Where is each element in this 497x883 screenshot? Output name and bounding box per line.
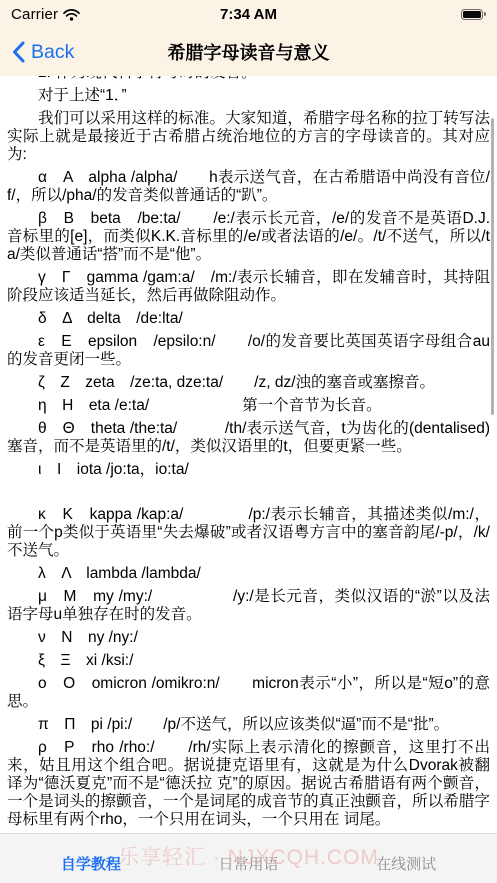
tab-daily-phrases[interactable]: 日常用语 (170, 834, 328, 883)
paragraph: δ Δ delta /de:lta/ (7, 310, 490, 328)
paragraph: ε E epsilon /epsilo:n/ /o/的发音要比英国英语字母组合a… (7, 333, 490, 369)
tab-label: 日常用语 (219, 853, 279, 874)
status-time: 7:34 AM (0, 6, 497, 23)
paragraph: ν N ny /ny:/ (7, 629, 490, 647)
tab-label: 自学教程 (61, 853, 121, 874)
paragraph: λ Λ lambda /lambda/ (7, 565, 490, 583)
back-button[interactable]: Back (12, 41, 74, 64)
content-scroll-area[interactable]: 2. 作为现代科学符号时的发音。 对于上述“1．” 我们可以采用这样的标准。大家… (0, 76, 497, 833)
paragraph: 2. 作为现代科学符号时的发音。 (7, 76, 490, 82)
tab-bar: 自学教程 日常用语 在线测试 (0, 833, 497, 883)
paragraph: π Π pi /pi:/ /p/不送气，所以应该类似“逼”而不是“批”。 (7, 716, 490, 734)
paragraph: 我们可以采用这样的标准。大家知道，希腊字母名称的拉丁转写法实际上就是最接近于古希… (7, 110, 490, 164)
paragraph: ι I iota /jo:ta，io:ta/ (7, 461, 490, 479)
scrollbar-thumb[interactable] (491, 118, 494, 415)
paragraph: α A alpha /alpha/ h表示送气音，在古希腊语中尚没有音位/f/，… (7, 169, 490, 205)
battery-icon (461, 8, 486, 20)
paragraph: κ K kappa /kap:a/ /p:/表示长辅音，其描述类似/m:/，前一… (7, 506, 490, 560)
page-title: 希腊字母读音与意义 (0, 39, 497, 65)
app-screen: 7:34 AM Carrier 希腊字母读音与意义 B (0, 0, 497, 883)
tab-label: 在线测试 (376, 853, 436, 874)
paragraph: ζ Z zeta /ze:ta, dze:ta/ /z, dz/浊的塞音或塞擦音… (7, 374, 490, 392)
paragraph: 对于上述“1．” (7, 87, 490, 105)
nav-bar: 希腊字母读音与意义 Back (0, 28, 497, 76)
back-label: Back (31, 41, 74, 64)
chevron-left-icon (12, 41, 25, 63)
paragraph-spacer (7, 484, 490, 501)
paragraph: θ Θ theta /the:ta/ /th/表示送气音，t为齿化的(denta… (7, 420, 490, 456)
paragraph: β B beta /be:ta/ /e:/表示长元音，/e/的发音不是英语D.J… (7, 210, 490, 264)
tab-self-study[interactable]: 自学教程 (12, 834, 170, 883)
paragraph: ο O omicron /omikro:n/ micron表示“小”，所以是“短… (7, 675, 490, 711)
paragraph: μ M my /my:/ /y:/是长元音，类似汉语的“淤”以及法语字母u单独存… (7, 588, 490, 624)
paragraph: γ Γ gamma /gam:a/ /m:/表示长辅音，即在发辅音时，其持阻阶段… (7, 269, 490, 305)
tab-online-test[interactable]: 在线测试 (327, 834, 485, 883)
paragraph: ξ Ξ xi /ksi:/ (7, 652, 490, 670)
paragraph: ρ P rho /rho:/ /rh/实际上表示清化的擦颤音，这里打不出来，姑且… (7, 739, 490, 829)
status-bar: 7:34 AM Carrier (0, 0, 497, 28)
paragraph: η H eta /e:ta/ 第一个音节为长音。 (7, 397, 490, 415)
